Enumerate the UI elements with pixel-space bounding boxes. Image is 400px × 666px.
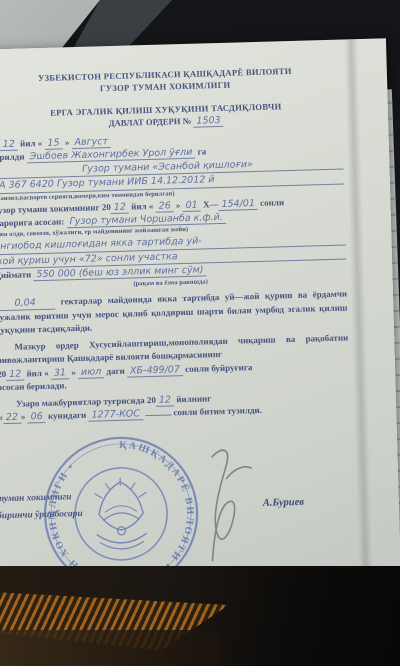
signatory-name: А.Буриев [263, 497, 304, 509]
month-handwritten: Август [71, 136, 111, 149]
hokim-year-handwritten: 12 [111, 201, 129, 214]
dagi-label: даги [106, 365, 125, 376]
bitim-end: сонли битим тузилди. [173, 405, 262, 417]
bitim-year-handwritten: 12 [156, 394, 174, 407]
year-handwritten: 12 [0, 139, 18, 152]
area-handwritten: 0,04 [0, 295, 55, 311]
buyruq-suffix: сонли буйруғига [185, 362, 253, 374]
sonli-label: сонли [260, 197, 284, 208]
given-label: берилди [0, 152, 25, 163]
hokim-quote: » [176, 200, 181, 210]
pen-signature [181, 438, 265, 570]
bitim-month-handwritten: 06 [28, 411, 46, 424]
buyruq-day-handwritten: 31 [51, 367, 69, 380]
bitim-day-handwritten: 22 [3, 412, 21, 425]
hokim-prefix: Гузор тумани хокимининг 20 [0, 202, 111, 215]
order-number-label: ДАВЛАТ ОРДЕРИ № [109, 116, 192, 128]
photo-of-document: АХ УЗБЕКИСТОН РЕСПУБЛИКАСИ ҚАШҚАДАРЁ ВИЛ… [0, 0, 400, 666]
ga-label: га [197, 147, 206, 157]
document-content: УЗБЕКИСТОН РЕСПУБЛИКАСИ ҚАШҚАДАРЁ ВИЛОЯТ… [0, 64, 350, 425]
bitim-number-handwritten: 1277-КОС [88, 408, 143, 422]
bitim-blank [145, 414, 171, 416]
uzbekistan-emblem-icon [94, 477, 148, 549]
qaror-label: Қарорига асосан: [0, 216, 64, 228]
kunidagi-label: кунидаги [48, 410, 87, 421]
hokim-mid: йил « [131, 200, 153, 211]
table-wood-shadow [0, 630, 220, 666]
document-body: 2012 йил « 15 » Август берилди Эшбоев Жа… [0, 129, 350, 425]
bitim-prefix: Узаро мажбуриятлар туғрисида 20 [16, 394, 156, 408]
area-paragraph: 0,04 гектарлар майдонида якка тартибда у… [0, 287, 348, 338]
hokim-x-label: Х— [203, 199, 219, 209]
buyruq-number-handwritten: ХБ-499/07 [127, 364, 183, 378]
hokim-number-handwritten: 154/01 [218, 198, 258, 211]
bitim-close-quote: » [21, 411, 26, 421]
bitim-yilning: йилнинг [176, 393, 211, 404]
document-paper: УЗБЕКИСТОН РЕСПУБЛИКАСИ ҚАШҚАДАРЁ ВИЛОЯТ… [0, 38, 400, 589]
buyruq-month-handwritten: июл [78, 366, 105, 379]
hokim-month-handwritten: 01 [183, 199, 201, 212]
yil-label: йил « [20, 138, 42, 149]
quote-close: » [65, 137, 70, 147]
buyruq-year-handwritten: 12 [6, 368, 24, 381]
price-label: Қиймати [0, 270, 31, 281]
buyruq-yil: йил « [26, 368, 48, 379]
day-handwritten: 15 [44, 137, 62, 150]
order-number-handwritten: 1503 [193, 115, 224, 128]
hokim-day-handwritten: 26 [155, 200, 173, 213]
buyruq-quote: » [71, 367, 76, 377]
